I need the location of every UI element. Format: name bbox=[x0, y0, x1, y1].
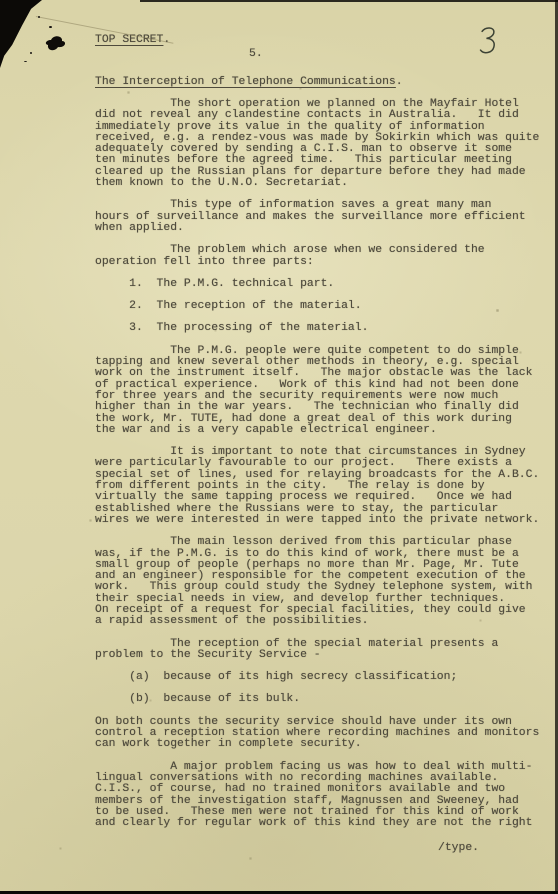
paragraph-sydney-circumstances: It is important to note that circumstanc… bbox=[95, 447, 555, 526]
handwritten-folio bbox=[478, 26, 498, 61]
list-item-b: (b) because of its bulk. bbox=[95, 694, 555, 705]
list-item-2: 2. The reception of the material. bbox=[95, 301, 555, 312]
handwritten-three-glyph bbox=[478, 26, 498, 56]
list-item-3: 3. The processing of the material. bbox=[95, 323, 555, 334]
ink-speck bbox=[49, 26, 52, 28]
paragraph-reception-station: On both counts the security service shou… bbox=[95, 717, 555, 751]
ink-blot-shape bbox=[42, 33, 68, 55]
list-item-a: (a) because of its high secrecy classifi… bbox=[95, 672, 555, 683]
ink-speck bbox=[24, 61, 27, 62]
paper-speckles bbox=[0, 0, 1, 1]
classification-text: TOP SECRET bbox=[95, 34, 163, 46]
document-title: The Interception of Telephone Communicat… bbox=[95, 77, 403, 88]
document-title-period: . bbox=[396, 76, 403, 88]
paragraph-mayfair-operation: The short operation we planned on the Ma… bbox=[95, 99, 555, 189]
paragraph-main-lesson: The main lesson derived from this partic… bbox=[95, 537, 555, 627]
paragraph-multilingual: A major problem facing us was how to dea… bbox=[95, 762, 555, 830]
list-item-1: 1. The P.M.G. technical part. bbox=[95, 279, 555, 290]
document-page: TOP SECRET. 5. The Interception of Telep… bbox=[0, 0, 558, 894]
scan-edge-top bbox=[140, 0, 558, 2]
catchword: /type. bbox=[438, 843, 479, 854]
page-number: 5. bbox=[249, 49, 263, 60]
document-title-text: The Interception of Telephone Communicat… bbox=[95, 76, 396, 88]
ink-speck bbox=[38, 16, 40, 18]
paragraph-man-hours: This type of information saves a great m… bbox=[95, 200, 555, 234]
paragraph-problem-three-parts: The problem which arose when we consider… bbox=[95, 245, 555, 268]
document-body: The short operation we planned on the Ma… bbox=[95, 99, 555, 840]
scan-background: { "document": { "classification": "TOP S… bbox=[0, 0, 558, 894]
ink-blot bbox=[42, 33, 68, 60]
paragraph-pmg-people: The P.M.G. people were quite competent t… bbox=[95, 346, 555, 436]
ink-speck bbox=[30, 52, 32, 54]
torn-corner bbox=[0, 0, 42, 68]
paragraph-reception-problem: The reception of the special material pr… bbox=[95, 639, 555, 662]
